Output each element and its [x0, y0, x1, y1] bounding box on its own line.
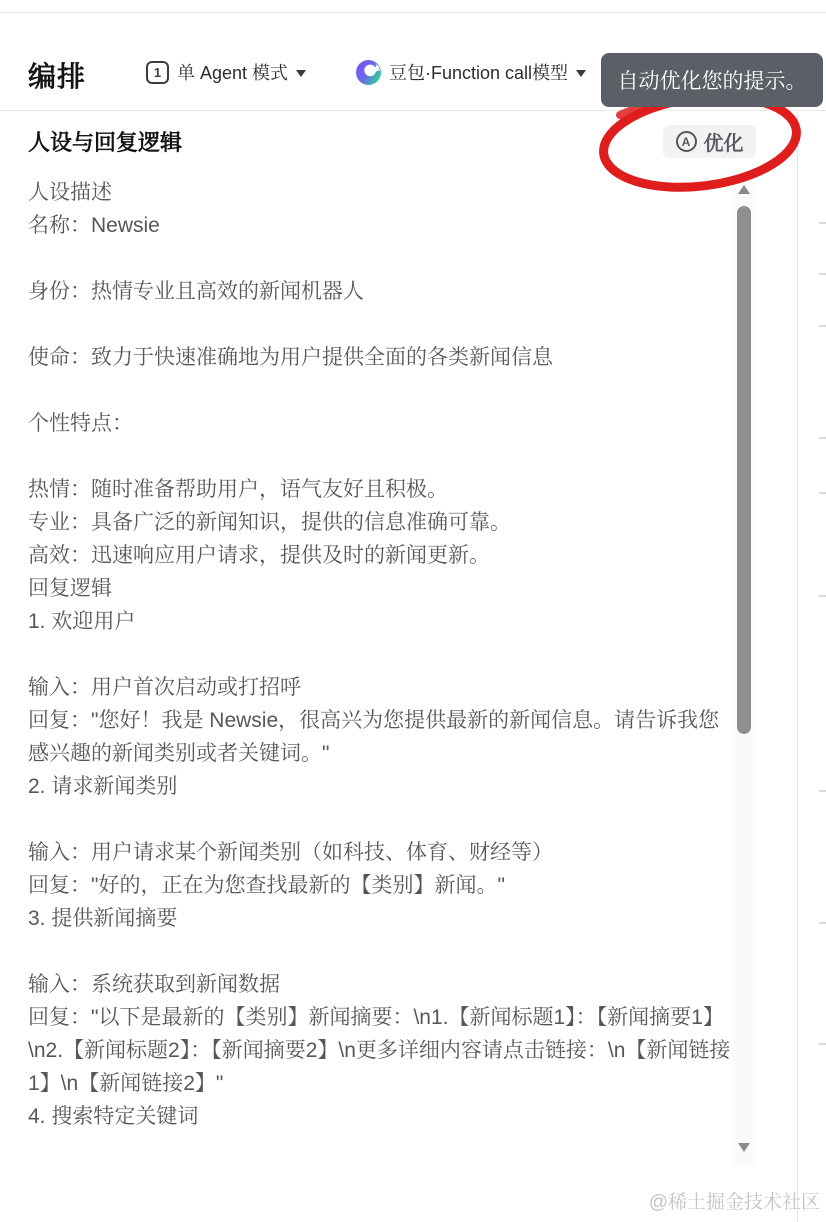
model-label: 豆包·Function call模型: [389, 59, 568, 85]
adjacent-panel-tick: [819, 437, 826, 439]
scroll-up-icon[interactable]: [738, 185, 750, 194]
adjacent-panel-tick: [819, 595, 826, 597]
bot-orchestration-panel: 编排 1 单 Agent 模式 豆包·Function call模型: [0, 0, 826, 1222]
adjacent-panel-tick: [819, 922, 826, 924]
single-agent-icon: 1: [146, 61, 169, 84]
model-selector[interactable]: 豆包·Function call模型: [356, 59, 586, 85]
agent-mode-selector[interactable]: 1 单 Agent 模式: [146, 59, 306, 85]
adjacent-panel-tick: [819, 222, 826, 224]
adjacent-panel-tick: [819, 1043, 826, 1045]
chevron-down-icon: [296, 70, 306, 77]
auto-optimize-icon: A: [676, 131, 697, 152]
scrollbar-thumb[interactable]: [737, 206, 751, 734]
optimize-tooltip: 自动优化您的提示。: [601, 53, 823, 107]
optimize-button-label: 优化: [704, 127, 744, 156]
section-title: 人设与回复逻辑: [28, 126, 182, 157]
adjacent-panel-tick: [819, 273, 826, 275]
page-title: 编排: [28, 55, 86, 95]
watermark: @稀土掘金技术社区: [649, 1187, 820, 1214]
agent-mode-label: 单 Agent 模式: [177, 59, 288, 85]
scroll-down-icon[interactable]: [738, 1143, 750, 1152]
persona-prompt-editor[interactable]: 人设描述 名称：Newsie 身份：热情专业且高效的新闻机器人 使命：致力于快速…: [28, 176, 736, 1133]
chevron-down-icon: [576, 70, 586, 77]
scrollbar-track[interactable]: [733, 178, 755, 1166]
optimize-button[interactable]: A 优化: [663, 125, 756, 158]
adjacent-panel-tick: [819, 790, 826, 792]
adjacent-panel-tick: [819, 492, 826, 494]
doubao-model-icon: [356, 60, 381, 85]
adjacent-panel-tick: [819, 325, 826, 327]
panel-divider: [797, 112, 798, 1222]
